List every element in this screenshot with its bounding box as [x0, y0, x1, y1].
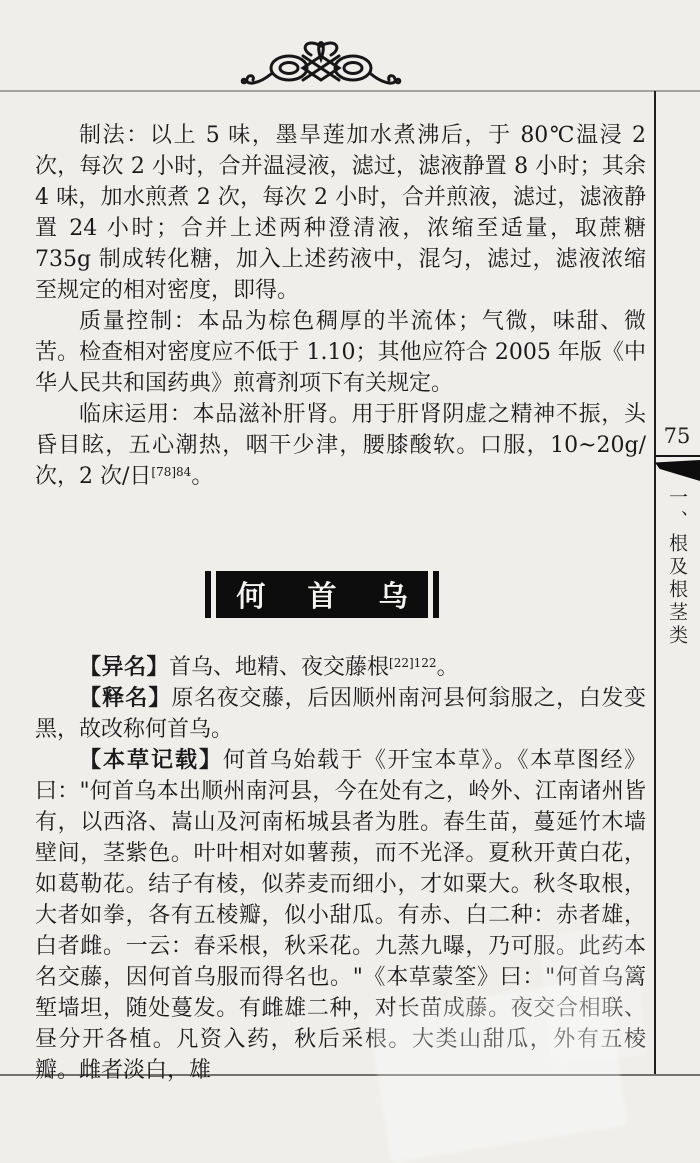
paragraph: 临床运用：本品滋补肝肾。用于肝肾阴虚之精神不振，头昏目眩，五心潮热，咽干少津，腰… [35, 399, 646, 492]
monograph-title-banner: 何 首 乌 [200, 571, 444, 618]
paragraph: 【异名】首乌、地精、夜交藤根[22]122。 [35, 652, 646, 683]
intro-paragraphs: 制法：以上 5 味，墨旱莲加水煮沸后，于 80℃温浸 2 次，每次 2 小时，合… [35, 120, 646, 492]
banner-right-bar [433, 571, 439, 618]
entry-label: 【本草记载】 [79, 748, 223, 773]
chapter-margin-label-text: 一、根及根茎类 [666, 487, 688, 648]
entry-label: 【异名】 [79, 655, 169, 680]
flourish-ornament-icon [237, 28, 405, 90]
thumb-tab-wedge-icon [655, 460, 700, 481]
thumb-tab-line [655, 455, 700, 457]
entry-label: 【释名】 [79, 686, 172, 711]
reference-superscript: [78]84 [151, 465, 191, 479]
paragraph: 制法：以上 5 味，墨旱莲加水煮沸后，于 80℃温浸 2 次，每次 2 小时，合… [35, 120, 646, 306]
paragraph: 【本草记载】何首乌始载于《开宝本草》。《本草图经》曰："何首乌本出顺州南河县，今… [35, 745, 646, 1086]
page-number: 75 [654, 424, 700, 448]
banner-left-bar [205, 571, 211, 618]
paragraph: 质量控制：本品为棕色稠厚的半流体；气微，味甜、微苦。检查相对密度应不低于 1.1… [35, 306, 646, 399]
entry-paragraphs: 【异名】首乌、地精、夜交藤根[22]122。【释名】原名夜交藤，后因顺州南河县何… [35, 652, 646, 1086]
paragraph: 【释名】原名夜交藤，后因顺州南河县何翁服之，白发变黑，故改称何首乌。 [35, 683, 646, 745]
top-rule [0, 90, 700, 92]
book-page: 75 一、根及根茎类 制法：以上 5 味，墨旱莲加水煮沸后，于 80℃温浸 2 … [0, 0, 700, 1163]
reference-superscript: [22]122 [389, 656, 437, 670]
monograph-title-box: 何 首 乌 [216, 571, 428, 618]
monograph-title: 何 首 乌 [236, 574, 423, 615]
chapter-margin-label: 一、根及根茎类 [654, 487, 700, 648]
